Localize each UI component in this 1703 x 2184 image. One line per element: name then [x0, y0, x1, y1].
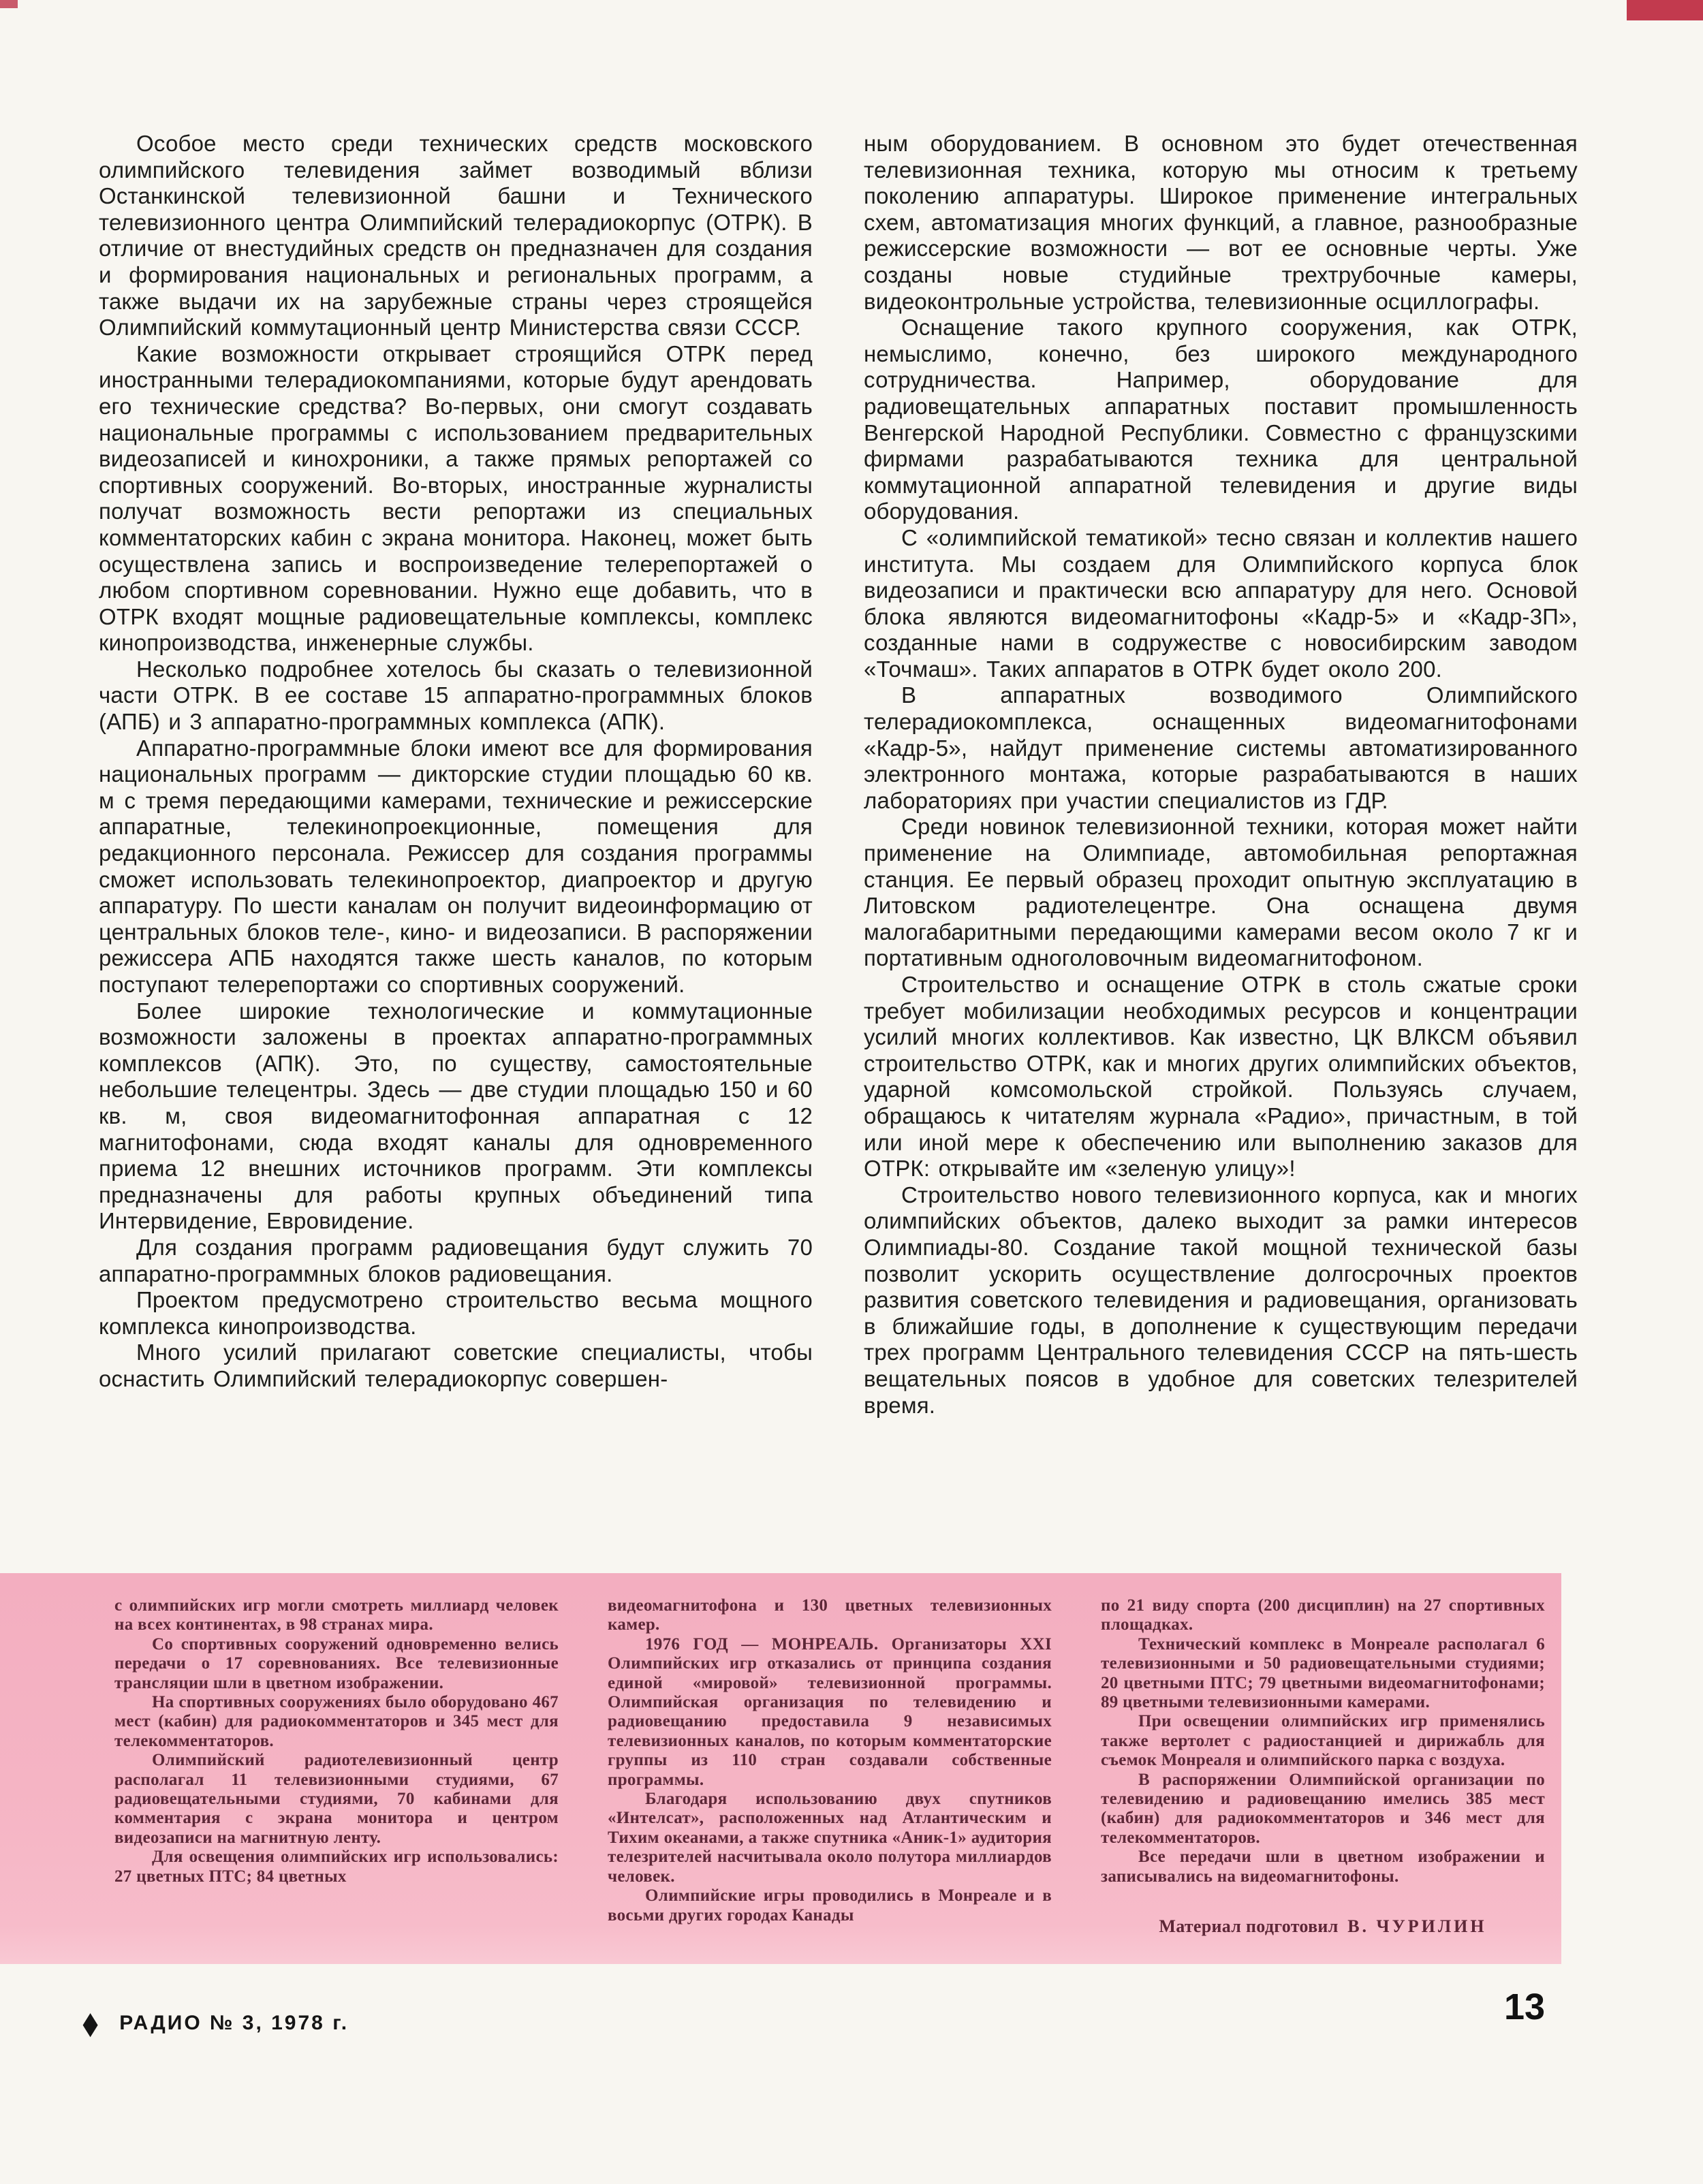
article-column-right: ным оборудованием. В основном это будет …	[864, 131, 1578, 1419]
paragraph: Более широкие технологические и коммутац…	[99, 998, 813, 1235]
sidebar-box: с олимпийских игр могли смотреть миллиар…	[0, 1573, 1561, 1964]
byline-prefix: Материал подготовил	[1159, 1916, 1338, 1936]
article-column-left: Особое место среди технических средств м…	[99, 131, 813, 1393]
sidebar-paragraph: На спортивных сооружениях было оборудова…	[114, 1693, 559, 1751]
sidebar-paragraph: Все передачи шли в цветном изображении и…	[1101, 1848, 1545, 1886]
paragraph: Для создания программ радиовещания будут…	[99, 1235, 813, 1287]
sidebar-paragraph: с олимпийских игр могли смотреть миллиар…	[114, 1596, 559, 1635]
paragraph: ным оборудованием. В основном это будет …	[864, 131, 1578, 315]
byline: Материал подготовил В. ЧУРИЛИН	[1101, 1916, 1545, 1937]
sidebar-paragraph: Благодаря использованию двух спутников «…	[608, 1790, 1052, 1886]
sidebar-paragraph: 1976 ГОД — МОНРЕАЛЬ. Организаторы XXI Ол…	[608, 1635, 1052, 1790]
sidebar-paragraph: Для освещения олимпийских игр использова…	[114, 1848, 559, 1886]
sidebar-paragraph: Технический комплекс в Монреале располаг…	[1101, 1635, 1545, 1713]
paragraph: Какие возможности открывает строящийся О…	[99, 341, 813, 656]
magazine-page: Особое место среди технических средств м…	[0, 0, 1703, 2184]
sidebar-column-1: с олимпийских игр могли смотреть миллиар…	[114, 1596, 559, 1964]
sidebar-column-2: видеомагнитофона и 130 цветных телевизио…	[608, 1596, 1052, 1964]
paragraph: Строительство и оснащение ОТРК в столь с…	[864, 972, 1578, 1182]
sidebar-paragraph: При освещении олимпийских игр применялис…	[1101, 1712, 1545, 1770]
paragraph: С «олимпийской тематикой» тесно связан и…	[864, 525, 1578, 683]
paragraph: Среди новинок телевизионной техники, кот…	[864, 814, 1578, 972]
paragraph: Оснащение такого крупного сооружения, ка…	[864, 315, 1578, 525]
byline-author: В. ЧУРИЛИН	[1347, 1916, 1486, 1936]
paragraph: В аппаратных возводимого Олимпийского те…	[864, 682, 1578, 814]
paragraph: Несколько подробнее хотелось бы сказать …	[99, 656, 813, 735]
sidebar-paragraph: видеомагнитофона и 130 цветных телевизио…	[608, 1596, 1052, 1635]
journal-ref-label: РАДИО № 3, 1978 г.	[119, 2012, 349, 2035]
page-number: 13	[1504, 1986, 1545, 2028]
paragraph: Проектом предусмотрено строительство вес…	[99, 1287, 813, 1340]
sidebar-paragraph: Олимпийские игры проводились в Монреале …	[608, 1886, 1052, 1925]
sidebar-column-3: по 21 виду спорта (200 дисциплин) на 27 …	[1101, 1596, 1545, 1964]
sidebar-paragraph: Олимпийский радиотелевизионный центр рас…	[114, 1751, 559, 1848]
sidebar-paragraph: В распоряжении Олимпийской организации п…	[1101, 1771, 1545, 1848]
paragraph: Аппаратно-программные блоки имеют все дл…	[99, 735, 813, 998]
corner-print-mark-right	[1627, 0, 1703, 20]
paragraph: Строительство нового телевизионного корп…	[864, 1182, 1578, 1419]
paragraph: Особое место среди технических средств м…	[99, 131, 813, 341]
footer-journal-ref: ◆ РАДИО № 3, 1978 г.	[80, 2008, 349, 2038]
corner-print-mark-left	[0, 0, 18, 8]
paragraph: Много усилий прилагают советские специал…	[99, 1340, 813, 1392]
diamond-icon: ◆	[83, 2006, 97, 2041]
sidebar-paragraph: по 21 виду спорта (200 дисциплин) на 27 …	[1101, 1596, 1545, 1635]
sidebar-paragraph: Со спортивных сооружений одновременно ве…	[114, 1635, 559, 1693]
